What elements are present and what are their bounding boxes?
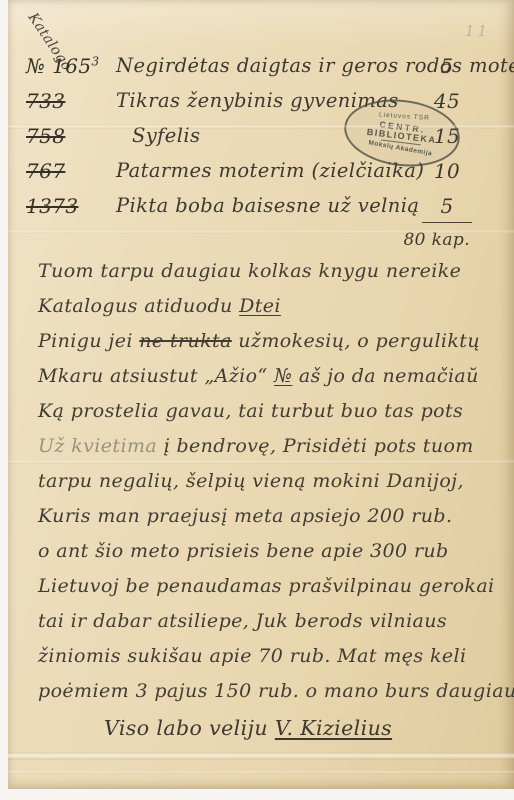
signature-segment: Viso labo veliju: [104, 716, 275, 740]
handwritten-line: Ką prostelia gavau, tai turbut buo tas p…: [38, 400, 500, 435]
handwritten-line: o ant šio meto prisieis bene apie 300 ru…: [38, 540, 500, 575]
handwritten-line: Kuris man praejusį meta apsiejo 200 rub.: [38, 505, 500, 540]
text-segment: Dtei: [239, 295, 281, 317]
handwritten-line: Mkaru atsiustut „Ažio“ № aš jo da nemači…: [38, 365, 500, 400]
handwritten-line: tarpu negalių, šelpių vieną mokini Danij…: [38, 470, 500, 505]
fold-crease: [8, 752, 514, 760]
catalog-number: 1373: [26, 194, 114, 218]
text-segment: poėmiem 3 pajus 150 rub. o mano burs dau…: [38, 680, 514, 702]
catalog-number: 733: [26, 89, 114, 113]
signature-segment: V. Kizielius: [275, 716, 392, 740]
handwritten-line: Pinigu jei ne trukta užmokesių, o pergul…: [38, 330, 500, 365]
price-value: 5: [422, 194, 472, 223]
price-value: 5: [422, 54, 472, 78]
text-segment: o ant šio meto prisieis bene apie 300 ru…: [38, 540, 449, 562]
text-segment: Tuom tarpu daugiau kolkas knygu nereike: [38, 260, 461, 282]
catalog-total: 80 kap.: [403, 230, 470, 250]
catalog-number: 767: [26, 159, 114, 183]
text-segment: №: [274, 365, 292, 387]
catalog-row: 767Patarmes moterim (zielčiaika)10: [24, 159, 506, 194]
handwritten-line: Lietuvoj be penaudamas prašvilpinau gero…: [38, 575, 500, 610]
handwritten-line: poėmiem 3 pajus 150 rub. o mano burs dau…: [38, 680, 500, 715]
book-title: Syfelis: [132, 124, 200, 147]
catalog-row: 1373Pikta boba baisesne už velnią5: [24, 194, 506, 229]
text-segment: tarpu negalių, šelpių vieną mokini Danij…: [38, 470, 464, 492]
handwritten-line: tai ir dabar atsiliepe, Juk berods vilni…: [38, 610, 500, 645]
text-segment: ne trukta: [139, 330, 232, 352]
text-segment: Katalogus atiduodu: [38, 295, 239, 317]
letter-page: Katalogo 11 № 1653Negirdėtas daigtas ir …: [8, 0, 514, 789]
text-segment: tai ir dabar atsiliepe, Juk berods vilni…: [38, 610, 447, 632]
catalog-row: № 1653Negirdėtas daigtas ir geros rodos …: [24, 54, 506, 89]
handwritten-line: Už kvietima į bendrovę, Prisidėti pots t…: [38, 435, 500, 470]
text-segment: Lietuvoj be penaudamas prašvilpinau gero…: [38, 575, 495, 597]
text-segment: aš jo da nemačiaŭ: [292, 365, 478, 387]
handwritten-line: Katalogus atiduodu Dtei: [38, 295, 500, 330]
catalog-number: 758: [26, 124, 114, 148]
book-title: Patarmes moterim (zielčiaika): [116, 159, 424, 182]
signature-line: Viso labo veliju V. Kizielius: [104, 716, 392, 740]
text-segment: Pinigu jei: [38, 330, 139, 352]
handwritten-line: Tuom tarpu daugiau kolkas knygu nereike: [38, 260, 500, 295]
catalog-number: № 1653: [26, 54, 114, 78]
faint-page-number: 11: [465, 22, 490, 40]
letter-body: Tuom tarpu daugiau kolkas knygu nereikeK…: [38, 260, 500, 715]
text-segment: Kuris man praejusį meta apsiejo 200 rub.: [38, 505, 452, 527]
text-segment: Ką prostelia gavau, tai turbut buo tas p…: [38, 400, 463, 422]
text-segment: žiniomis sukišau apie 70 rub. Mat męs ke…: [38, 645, 467, 667]
text-segment: į bendrovę, Prisidėti pots tuom: [157, 435, 474, 457]
text-segment: Už kvietima: [38, 435, 157, 457]
handwritten-line: žiniomis sukišau apie 70 rub. Mat męs ke…: [38, 645, 500, 680]
text-segment: užmokesių, o perguliktų: [232, 330, 480, 352]
fold-crease: [8, 770, 514, 774]
text-segment: Mkaru atsiustut „Ažio“: [38, 365, 274, 387]
book-title: Pikta boba baisesne už velnią: [116, 194, 419, 217]
